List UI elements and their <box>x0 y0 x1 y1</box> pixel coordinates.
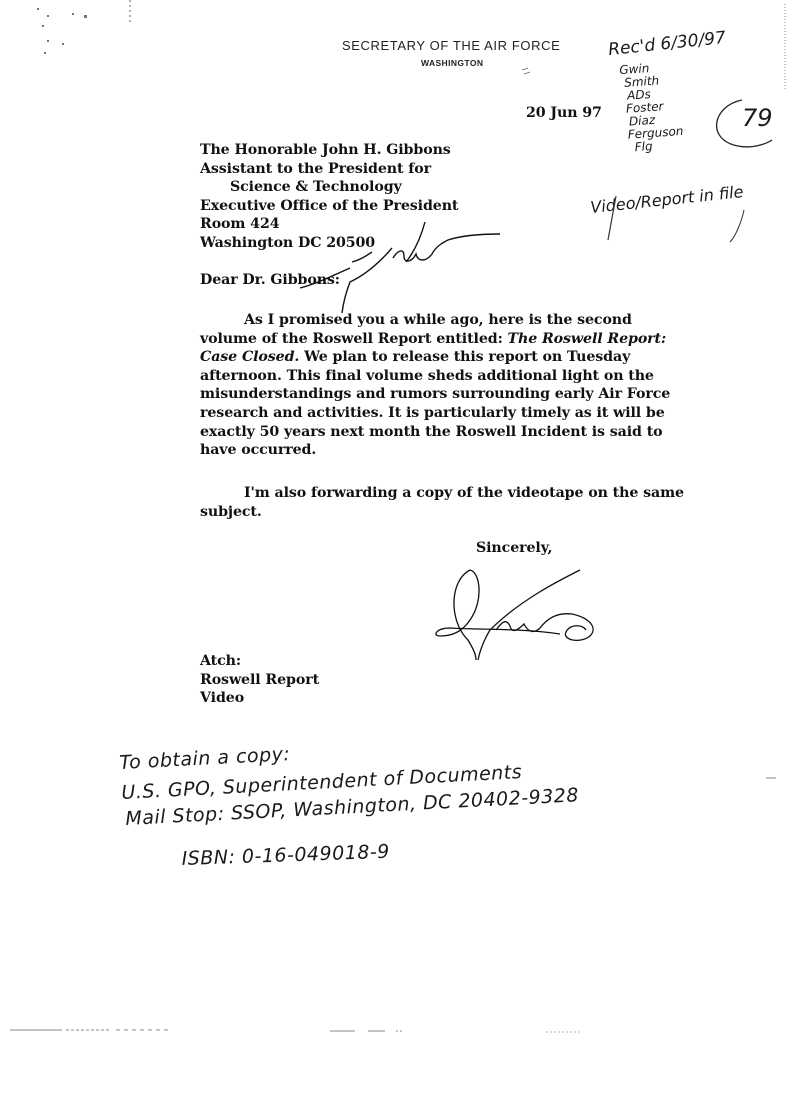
body-line: misunderstandings and rumors surrounding… <box>200 385 720 404</box>
copy-note-isbn: ISBN: 0-16-049018-9 <box>181 841 390 870</box>
body-line: exactly 50 years next month the Roswell … <box>200 423 720 442</box>
address-line: Executive Office of the President <box>200 197 458 216</box>
body-line: have occurred. <box>200 441 720 460</box>
page-number: 79 <box>742 104 773 132</box>
body-line: As I promised you a while ago, here is t… <box>200 311 720 330</box>
attachments: Atch: Roswell Report Video <box>200 652 319 708</box>
letterhead-title: SECRETARY OF THE AIR FORCE <box>342 38 560 53</box>
body-text: volume of the Roswell Report entitled: <box>200 331 508 347</box>
address-line: Science & Technology <box>200 178 458 197</box>
body-line: I'm also forwarding a copy of the videot… <box>200 484 720 503</box>
attachments-label: Atch: <box>200 652 319 671</box>
salutation: Dear Dr. Gibbons: <box>200 271 340 290</box>
recipient-address: The Honorable John H. Gibbons Assistant … <box>200 141 458 253</box>
report-title: The Roswell Report: <box>508 331 667 347</box>
address-line: Washington DC 20500 <box>200 234 458 253</box>
address-line: Assistant to the President for <box>200 160 458 179</box>
body-line: research and activities. It is particula… <box>200 404 720 423</box>
address-line: Room 424 <box>200 215 458 234</box>
body-line: afternoon. This final volume sheds addit… <box>200 367 720 386</box>
body-line: subject. <box>200 503 720 522</box>
address-line: The Honorable John H. Gibbons <box>200 141 458 160</box>
body-paragraph-1: As I promised you a while ago, here is t… <box>200 311 720 460</box>
routing-list: Gwin Smith ADs Foster Diaz Ferguson Flg <box>619 60 685 155</box>
closing: Sincerely, <box>476 539 552 558</box>
copy-note-line: To obtain a copy: <box>119 743 291 774</box>
file-note: Video/Report in file <box>589 182 744 217</box>
body-line: volume of the Roswell Report entitled: T… <box>200 330 720 349</box>
attachment-item: Roswell Report <box>200 671 319 690</box>
body-line: Case Closed. We plan to release this rep… <box>200 348 720 367</box>
signature-icon <box>436 570 593 660</box>
report-subtitle: Case Closed. <box>200 349 299 365</box>
body-paragraph-2: I'm also forwarding a copy of the videot… <box>200 484 720 521</box>
received-stamp-note: Rec'd 6/30/97 <box>607 28 726 60</box>
letterhead-location: WASHINGTON <box>421 58 483 68</box>
body-text: We plan to release this report on Tuesda… <box>299 349 630 365</box>
letter-date: 20 Jun 97 <box>526 104 602 123</box>
scan-speck-icon <box>37 8 87 54</box>
routing-name: Flg <box>624 138 684 155</box>
attachment-item: Video <box>200 689 319 708</box>
